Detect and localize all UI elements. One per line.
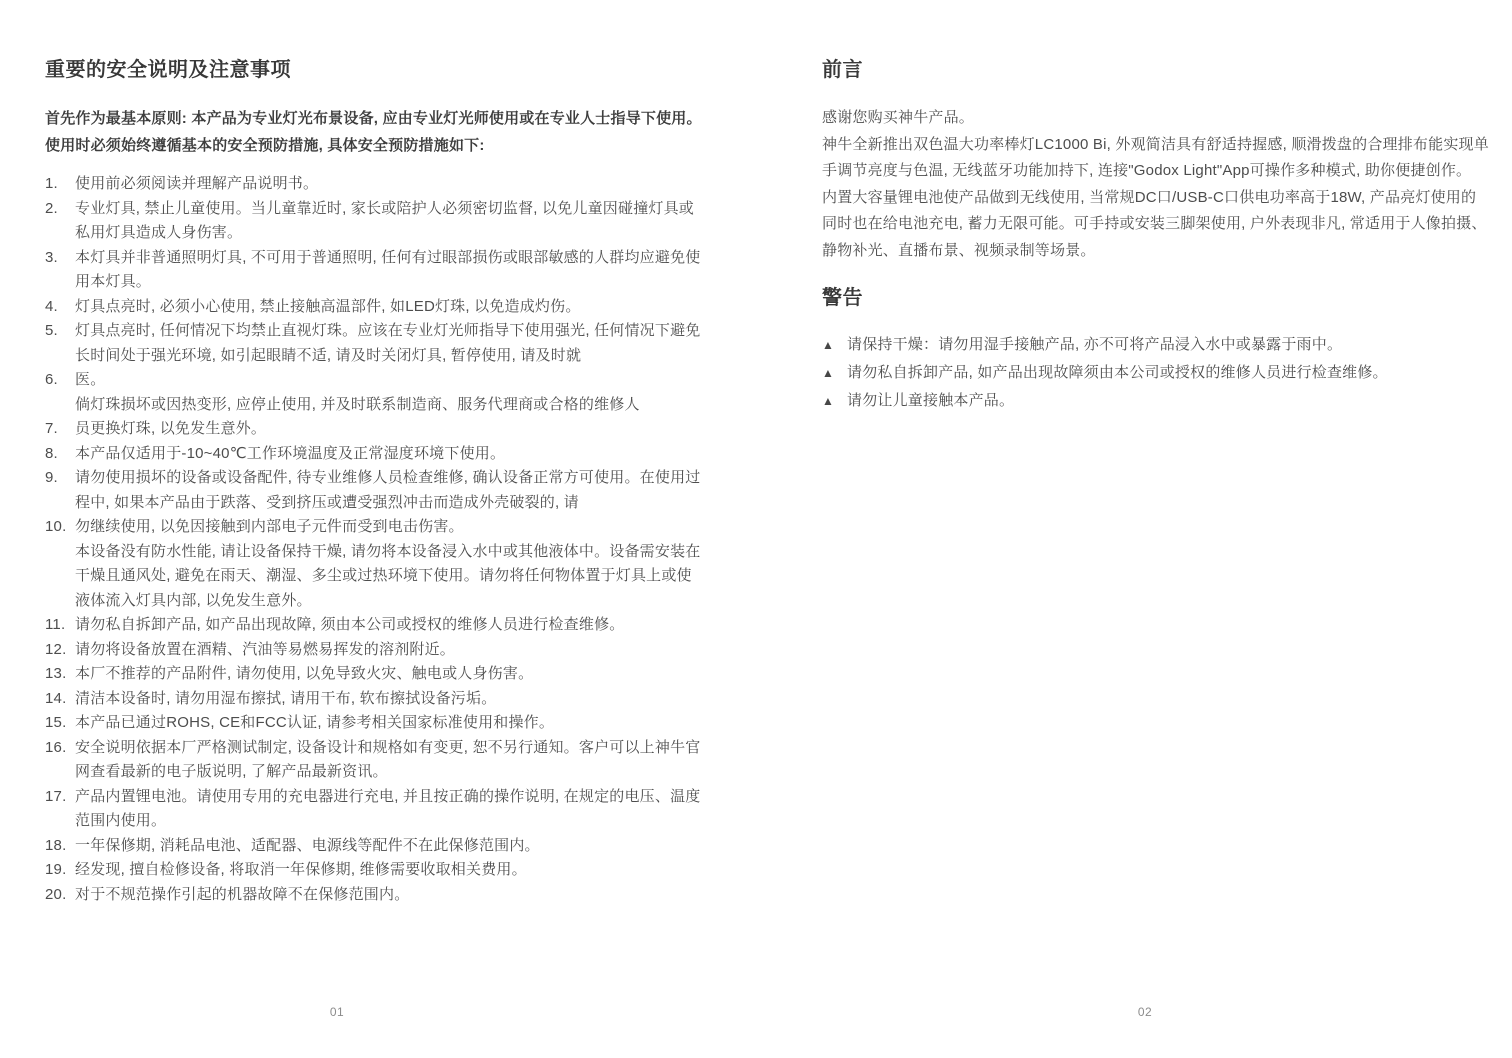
warning-text: 请勿私自拆卸产品, 如产品出现故障须由本公司或授权的维修人员进行检查维修。 <box>847 359 1490 386</box>
item-number: 17. <box>45 785 75 810</box>
safety-list-item: 4.灯具点亮时, 必须小心使用, 禁止接触高温部件, 如LED灯珠, 以免造成灼… <box>45 295 707 320</box>
item-number: 15. <box>45 711 75 736</box>
safety-list-item: 2.专业灯具, 禁止儿童使用。当儿童靠近时, 家长或陪护人必须密切监督, 以免儿… <box>45 197 707 246</box>
item-number: 18. <box>45 834 75 859</box>
item-number: 5. <box>45 319 75 344</box>
page-number-right: 02 <box>1125 1005 1165 1019</box>
item-text: 员更换灯珠, 以免发生意外。 <box>75 417 703 442</box>
safety-title: 重要的安全说明及注意事项 <box>45 57 707 83</box>
item-number: 9. <box>45 466 75 491</box>
preface-paragraph: 内置大容量锂电池使产品做到无线使用, 当常规DC口/USB-C口供电功率高于18… <box>822 185 1490 265</box>
preface-title: 前言 <box>822 57 1490 83</box>
safety-list-item: 10.勿继续使用, 以免因接触到内部电子元件而受到电击伤害。 本设备没有防水性能… <box>45 515 707 613</box>
warning-item: ▲请勿让儿童接触本产品。 <box>822 387 1490 415</box>
safety-list-item: 11.请勿私自拆卸产品, 如产品出现故障, 须由本公司或授权的维修人员进行检查维… <box>45 613 707 638</box>
item-number: 1. <box>45 172 75 197</box>
item-text: 本厂不推荐的产品附件, 请勿使用, 以免导致火灾、触电或人身伤害。 <box>75 662 703 687</box>
safety-list-item: 1.使用前必须阅读并理解产品说明书。 <box>45 172 707 197</box>
page-01: 重要的安全说明及注意事项 首先作为最基本原则: 本产品为专业灯光布景设备, 应由… <box>45 57 707 907</box>
item-text: 勿继续使用, 以免因接触到内部电子元件而受到电击伤害。 本设备没有防水性能, 请… <box>75 515 703 613</box>
item-text: 本产品仅适用于-10~40℃工作环境温度及正常湿度环境下使用。 <box>75 442 703 467</box>
safety-list-item: 5.灯具点亮时, 任何情况下均禁止直视灯珠。应该在专业灯光师指导下使用强光, 任… <box>45 319 707 368</box>
safety-list-item: 15.本产品已通过ROHS, CE和FCC认证, 请参考相关国家标准使用和操作。 <box>45 711 707 736</box>
safety-list-item: 3.本灯具并非普通照明灯具, 不可用于普通照明, 任何有过眼部损伤或眼部敏感的人… <box>45 246 707 295</box>
item-number: 7. <box>45 417 75 442</box>
safety-list-item: 16.安全说明依据本厂严格测试制定, 设备设计和规格如有变更, 恕不另行通知。客… <box>45 736 707 785</box>
safety-list-item: 14.清洁本设备时, 请勿用湿布擦拭, 请用干布, 软布擦拭设备污垢。 <box>45 687 707 712</box>
item-text: 本灯具并非普通照明灯具, 不可用于普通照明, 任何有过眼部损伤或眼部敏感的人群均… <box>75 246 703 295</box>
item-text: 产品内置锂电池。请使用专用的充电器进行充电, 并且按正确的操作说明, 在规定的电… <box>75 785 703 834</box>
item-number: 6. <box>45 368 75 393</box>
safety-list-item: 7.员更换灯珠, 以免发生意外。 <box>45 417 707 442</box>
preface-paragraph: 感谢您购买神牛产品。 <box>822 105 1490 132</box>
warning-triangle-icon: ▲ <box>822 387 847 415</box>
item-number: 20. <box>45 883 75 908</box>
safety-list-item: 19.经发现, 擅自检修设备, 将取消一年保修期, 维修需要收取相关费用。 <box>45 858 707 883</box>
item-number: 10. <box>45 515 75 540</box>
item-number: 12. <box>45 638 75 663</box>
item-text: 请勿将设备放置在酒精、汽油等易燃易挥发的溶剂附近。 <box>75 638 703 663</box>
preface-paragraph: 神牛全新推出双色温大功率棒灯LC1000 Bi, 外观简洁具有舒适持握感, 顺滑… <box>822 132 1490 185</box>
warning-title: 警告 <box>822 285 1490 311</box>
item-number: 8. <box>45 442 75 467</box>
warning-triangle-icon: ▲ <box>822 331 847 359</box>
warning-item: ▲请勿私自拆卸产品, 如产品出现故障须由本公司或授权的维修人员进行检查维修。 <box>822 359 1490 387</box>
preface-paragraphs: 感谢您购买神牛产品。神牛全新推出双色温大功率棒灯LC1000 Bi, 外观简洁具… <box>822 105 1490 264</box>
item-number: 3. <box>45 246 75 271</box>
item-number: 13. <box>45 662 75 687</box>
manual-spread: { "colors": { "background": "#ffffff", "… <box>0 0 1512 1058</box>
safety-list-item: 9.请勿使用损坏的设备或设备配件, 待专业维修人员检查维修, 确认设备正常方可使… <box>45 466 707 515</box>
warning-triangle-icon: ▲ <box>822 359 847 387</box>
item-text: 对于不规范操作引起的机器故障不在保修范围内。 <box>75 883 703 908</box>
item-number: 4. <box>45 295 75 320</box>
item-text: 医。 倘灯珠损坏或因热变形, 应停止使用, 并及时联系制造商、服务代理商或合格的… <box>75 368 703 417</box>
safety-list-item: 13.本厂不推荐的产品附件, 请勿使用, 以免导致火灾、触电或人身伤害。 <box>45 662 707 687</box>
item-text: 使用前必须阅读并理解产品说明书。 <box>75 172 703 197</box>
safety-list-item: 17.产品内置锂电池。请使用专用的充电器进行充电, 并且按正确的操作说明, 在规… <box>45 785 707 834</box>
item-text: 一年保修期, 消耗品电池、适配器、电源线等配件不在此保修范围内。 <box>75 834 703 859</box>
safety-list-item: 18.一年保修期, 消耗品电池、适配器、电源线等配件不在此保修范围内。 <box>45 834 707 859</box>
item-text: 请勿使用损坏的设备或设备配件, 待专业维修人员检查维修, 确认设备正常方可使用。… <box>75 466 703 515</box>
item-text: 本产品已通过ROHS, CE和FCC认证, 请参考相关国家标准使用和操作。 <box>75 711 703 736</box>
safety-list: 1.使用前必须阅读并理解产品说明书。2.专业灯具, 禁止儿童使用。当儿童靠近时,… <box>45 172 707 907</box>
safety-list-item: 8.本产品仅适用于-10~40℃工作环境温度及正常湿度环境下使用。 <box>45 442 707 467</box>
item-text: 清洁本设备时, 请勿用湿布擦拭, 请用干布, 软布擦拭设备污垢。 <box>75 687 703 712</box>
item-number: 2. <box>45 197 75 222</box>
safety-list-item: 20.对于不规范操作引起的机器故障不在保修范围内。 <box>45 883 707 908</box>
page-number-left: 01 <box>317 1005 357 1019</box>
item-number: 14. <box>45 687 75 712</box>
safety-list-item: 6.医。 倘灯珠损坏或因热变形, 应停止使用, 并及时联系制造商、服务代理商或合… <box>45 368 707 417</box>
item-text: 请勿私自拆卸产品, 如产品出现故障, 须由本公司或授权的维修人员进行检查维修。 <box>75 613 703 638</box>
item-text: 安全说明依据本厂严格测试制定, 设备设计和规格如有变更, 恕不另行通知。客户可以… <box>75 736 703 785</box>
item-number: 19. <box>45 858 75 883</box>
safety-list-item: 12.请勿将设备放置在酒精、汽油等易燃易挥发的溶剂附近。 <box>45 638 707 663</box>
item-text: 经发现, 擅自检修设备, 将取消一年保修期, 维修需要收取相关费用。 <box>75 858 703 883</box>
item-text: 专业灯具, 禁止儿童使用。当儿童靠近时, 家长或陪护人必须密切监督, 以免儿童因… <box>75 197 703 246</box>
warning-text: 请保持干燥：请勿用湿手接触产品, 亦不可将产品浸入水中或暴露于雨中。 <box>847 331 1490 358</box>
item-number: 16. <box>45 736 75 761</box>
item-number: 11. <box>45 613 75 638</box>
safety-intro: 首先作为最基本原则: 本产品为专业灯光布景设备, 应由专业灯光师使用或在专业人士… <box>45 105 707 159</box>
page-02: 前言 感谢您购买神牛产品。神牛全新推出双色温大功率棒灯LC1000 Bi, 外观… <box>822 57 1490 415</box>
warning-text: 请勿让儿童接触本产品。 <box>847 387 1490 414</box>
warning-list: ▲请保持干燥：请勿用湿手接触产品, 亦不可将产品浸入水中或暴露于雨中。▲请勿私自… <box>822 331 1490 415</box>
item-text: 灯具点亮时, 必须小心使用, 禁止接触高温部件, 如LED灯珠, 以免造成灼伤。 <box>75 295 703 320</box>
item-text: 灯具点亮时, 任何情况下均禁止直视灯珠。应该在专业灯光师指导下使用强光, 任何情… <box>75 319 703 368</box>
warning-item: ▲请保持干燥：请勿用湿手接触产品, 亦不可将产品浸入水中或暴露于雨中。 <box>822 331 1490 359</box>
